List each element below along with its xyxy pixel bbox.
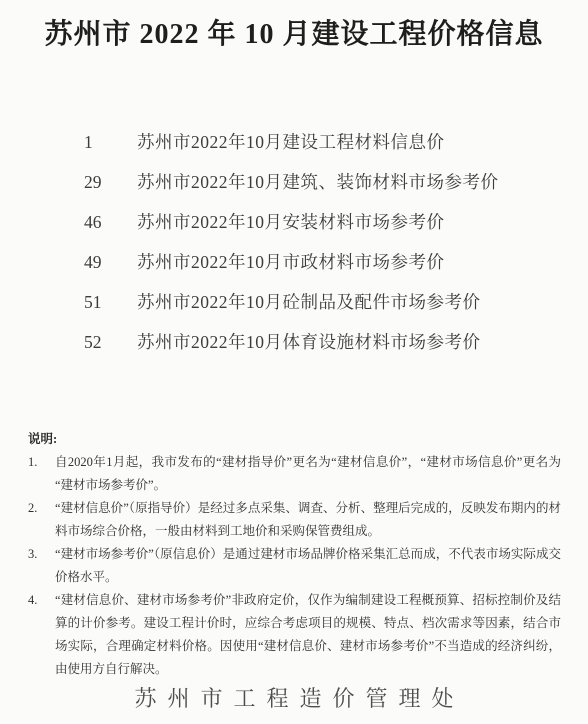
toc-entry: 46 苏州市2022年10月安装材料市场参考价 <box>84 210 552 234</box>
toc-page-number: 52 <box>84 330 137 354</box>
toc-page-number: 46 <box>84 210 137 234</box>
note-number: 3. <box>28 543 55 589</box>
note-text: “建材信息价”（原指导价）是经过多点采集、调查、分析、整理后完成的，反映发布期内… <box>55 497 561 543</box>
toc-page-number: 1 <box>84 130 137 154</box>
publisher-name: 苏州市工程造价管理处 <box>0 682 588 713</box>
toc-entry-title: 苏州市2022年10月建设工程材料信息价 <box>137 130 552 154</box>
toc-entry: 1 苏州市2022年10月建设工程材料信息价 <box>84 130 552 154</box>
toc-page-number: 49 <box>84 250 137 274</box>
notes-section: 说明: 1. 自2020年1月起，我市发布的“建材指导价”更名为“建材信息价”，… <box>28 428 561 681</box>
notes-heading: 说明: <box>28 428 561 451</box>
note-item: 2. “建材信息价”（原指导价）是经过多点采集、调查、分析、整理后完成的，反映发… <box>28 497 561 543</box>
note-item: 4. “建材信息价、建材市场参考价”非政府定价，仅作为编制建设工程概预算、招标控… <box>28 589 561 681</box>
document-page: 苏州市 2022 年 10 月建设工程价格信息 1 苏州市2022年10月建设工… <box>0 0 588 724</box>
toc-entry: 49 苏州市2022年10月市政材料市场参考价 <box>84 250 552 274</box>
toc-entry-title: 苏州市2022年10月砼制品及配件市场参考价 <box>137 290 552 314</box>
toc-page-number: 51 <box>84 290 137 314</box>
note-text: “建材市场参考价”（原信息价）是通过建材市场品牌价格采集汇总而成，不代表市场实际… <box>55 543 561 589</box>
toc-entry: 52 苏州市2022年10月体育设施材料市场参考价 <box>84 330 552 354</box>
toc-entry-title: 苏州市2022年10月建筑、装饰材料市场参考价 <box>137 170 552 194</box>
toc-entry-title: 苏州市2022年10月体育设施材料市场参考价 <box>137 330 552 354</box>
note-text: 自2020年1月起，我市发布的“建材指导价”更名为“建材信息价”，“建材市场信息… <box>55 451 561 497</box>
toc-entry-title: 苏州市2022年10月安装材料市场参考价 <box>137 210 552 234</box>
toc-entry-title: 苏州市2022年10月市政材料市场参考价 <box>137 250 552 274</box>
note-number: 1. <box>28 451 55 497</box>
table-of-contents: 1 苏州市2022年10月建设工程材料信息价 29 苏州市2022年10月建筑、… <box>84 130 552 370</box>
note-text: “建材信息价、建材市场参考价”非政府定价，仅作为编制建设工程概预算、招标控制价及… <box>55 589 561 681</box>
note-item: 1. 自2020年1月起，我市发布的“建材指导价”更名为“建材信息价”，“建材市… <box>28 451 561 497</box>
note-item: 3. “建材市场参考价”（原信息价）是通过建材市场品牌价格采集汇总而成，不代表市… <box>28 543 561 589</box>
toc-entry: 51 苏州市2022年10月砼制品及配件市场参考价 <box>84 290 552 314</box>
toc-entry: 29 苏州市2022年10月建筑、装饰材料市场参考价 <box>84 170 552 194</box>
toc-page-number: 29 <box>84 170 137 194</box>
document-title: 苏州市 2022 年 10 月建设工程价格信息 <box>0 12 588 52</box>
note-number: 4. <box>28 589 55 681</box>
note-number: 2. <box>28 497 55 543</box>
